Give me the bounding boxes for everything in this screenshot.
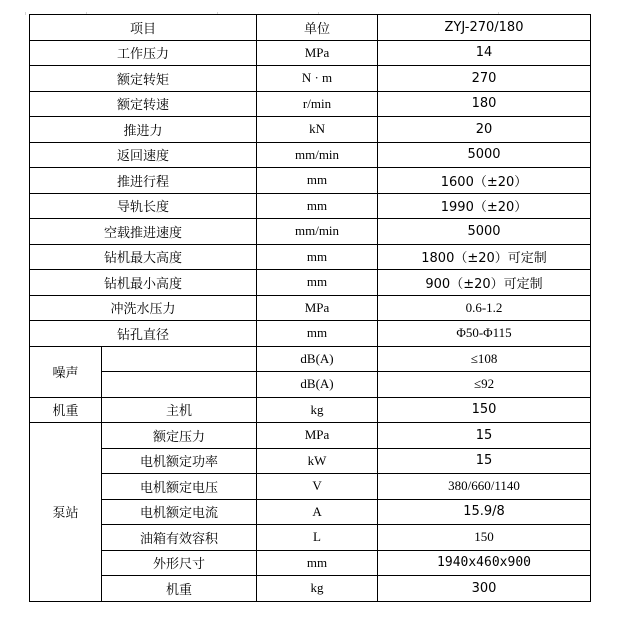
sub-item-cell: 油箱有效容积: [102, 525, 257, 551]
value-cell: 270: [378, 66, 591, 92]
table-row: 空载推进速度 mm/min 5000: [30, 219, 591, 245]
unit-cell: N · m: [257, 66, 378, 92]
table-row-weight: 机重 主机 kg 150: [30, 397, 591, 423]
table-row: 钻孔直径 mm Φ50-Φ115: [30, 321, 591, 347]
value-cell: 20: [378, 117, 591, 143]
unit-cell: dB(A): [257, 346, 378, 372]
header-row: 项目 单位 ZYJ-270/180: [30, 15, 591, 41]
unit-cell: MPa: [257, 295, 378, 321]
unit-cell: mm: [257, 270, 378, 296]
table-row: 返回速度 mm/min 5000: [30, 142, 591, 168]
item-cell: 额定转速: [30, 91, 257, 117]
unit-cell: MPa: [257, 40, 378, 66]
sub-item-cell: [102, 372, 257, 398]
table-row: 工作压力 MPa 14: [30, 40, 591, 66]
value-cell: ≤108: [378, 346, 591, 372]
unit-cell: kg: [257, 576, 378, 602]
value-cell: 150: [378, 525, 591, 551]
header-model: ZYJ-270/180: [378, 15, 591, 41]
item-cell: 钻孔直径: [30, 321, 257, 347]
table-row: 钻机最小高度 mm 900（±20）可定制: [30, 270, 591, 296]
unit-cell: mm: [257, 244, 378, 270]
item-cell: 钻机最大高度: [30, 244, 257, 270]
unit-cell: kN: [257, 117, 378, 143]
gridline-stub: [25, 12, 26, 15]
table-row-noise: dB(A) ≤92: [30, 372, 591, 398]
value-cell: ≤92: [378, 372, 591, 398]
group-label-weight: 机重: [30, 397, 102, 423]
group-label-pump: 泵站: [30, 423, 102, 602]
item-cell: 钻机最小高度: [30, 270, 257, 296]
value-cell: 5000: [378, 142, 591, 168]
sub-item-cell: 机重: [102, 576, 257, 602]
value-cell: 1990（±20）: [378, 193, 591, 219]
value-cell: 5000: [378, 219, 591, 245]
table-row: 冲洗水压力 MPa 0.6-1.2: [30, 295, 591, 321]
table-row-pump: 机重 kg 300: [30, 576, 591, 602]
value-cell: 1940x460x900: [378, 550, 591, 576]
item-cell: 空载推进速度: [30, 219, 257, 245]
value-cell: 15.9/8: [378, 499, 591, 525]
value-cell: 150: [378, 397, 591, 423]
value-cell: Φ50-Φ115: [378, 321, 591, 347]
table-row: 额定转矩 N · m 270: [30, 66, 591, 92]
value-cell: 1800（±20）可定制: [378, 244, 591, 270]
unit-cell: kW: [257, 448, 378, 474]
item-cell: 额定转矩: [30, 66, 257, 92]
unit-cell: MPa: [257, 423, 378, 449]
table-row-pump: 电机额定功率 kW 15: [30, 448, 591, 474]
unit-cell: kg: [257, 397, 378, 423]
sub-item-cell: 电机额定功率: [102, 448, 257, 474]
value-cell: 380/660/1140: [378, 474, 591, 500]
unit-cell: r/min: [257, 91, 378, 117]
unit-cell: mm: [257, 168, 378, 194]
sub-item-cell: 主机: [102, 397, 257, 423]
header-item: 项目: [30, 15, 257, 41]
item-cell: 工作压力: [30, 40, 257, 66]
table-row: 钻机最大高度 mm 1800（±20）可定制: [30, 244, 591, 270]
table-row-pump: 泵站 额定压力 MPa 15: [30, 423, 591, 449]
value-cell: 0.6-1.2: [378, 295, 591, 321]
item-cell: 冲洗水压力: [30, 295, 257, 321]
header-unit: 单位: [257, 15, 378, 41]
table-row-noise: 噪声 dB(A) ≤108: [30, 346, 591, 372]
sub-item-cell: [102, 346, 257, 372]
table-row-pump: 外形尺寸 mm 1940x460x900: [30, 550, 591, 576]
value-cell: 1600（±20）: [378, 168, 591, 194]
item-cell: 推进行程: [30, 168, 257, 194]
unit-cell: mm: [257, 321, 378, 347]
unit-cell: dB(A): [257, 372, 378, 398]
table-row-pump: 油箱有效容积 L 150: [30, 525, 591, 551]
value-cell: 300: [378, 576, 591, 602]
table-row-pump: 电机额定电流 A 15.9/8: [30, 499, 591, 525]
unit-cell: mm: [257, 193, 378, 219]
value-cell: 900（±20）可定制: [378, 270, 591, 296]
unit-cell: mm/min: [257, 219, 378, 245]
sub-item-cell: 电机额定电流: [102, 499, 257, 525]
value-cell: 15: [378, 423, 591, 449]
sub-item-cell: 电机额定电压: [102, 474, 257, 500]
item-cell: 推进力: [30, 117, 257, 143]
unit-cell: L: [257, 525, 378, 551]
item-cell: 导轨长度: [30, 193, 257, 219]
sub-item-cell: 额定压力: [102, 423, 257, 449]
unit-cell: V: [257, 474, 378, 500]
value-cell: 15: [378, 448, 591, 474]
item-cell: 返回速度: [30, 142, 257, 168]
value-cell: 14: [378, 40, 591, 66]
value-cell: 180: [378, 91, 591, 117]
table-row: 导轨长度 mm 1990（±20）: [30, 193, 591, 219]
unit-cell: mm/min: [257, 142, 378, 168]
group-label-noise: 噪声: [30, 346, 102, 397]
sub-item-cell: 外形尺寸: [102, 550, 257, 576]
unit-cell: A: [257, 499, 378, 525]
table-row: 推进行程 mm 1600（±20）: [30, 168, 591, 194]
unit-cell: mm: [257, 550, 378, 576]
spreadsheet-area: 项目 单位 ZYJ-270/180 工作压力 MPa 14 额定转矩 N · m…: [0, 0, 618, 638]
table-row: 推进力 kN 20: [30, 117, 591, 143]
table-row: 额定转速 r/min 180: [30, 91, 591, 117]
spec-table: 项目 单位 ZYJ-270/180 工作压力 MPa 14 额定转矩 N · m…: [29, 14, 591, 602]
table-row-pump: 电机额定电压 V 380/660/1140: [30, 474, 591, 500]
